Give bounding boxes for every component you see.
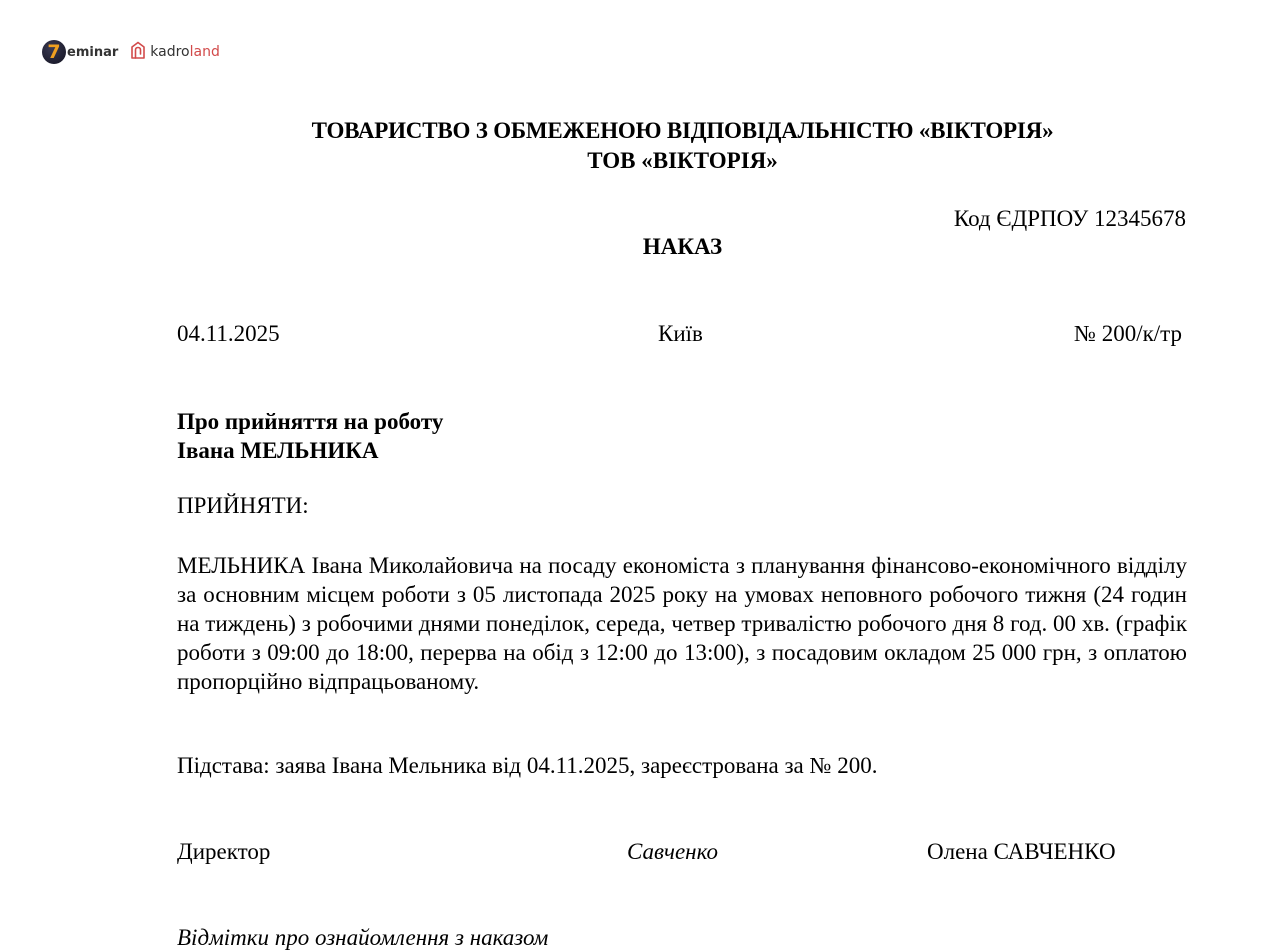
order-verb: ПРИЙНЯТИ: (177, 493, 309, 519)
signatory-signature: Савченко (627, 839, 718, 865)
organization-short-name: ТОВ «ВІКТОРІЯ» (0, 148, 1275, 174)
order-subject: Про прийняття на роботу Івана МЕЛЬНИКА (177, 407, 443, 465)
order-basis: Підстава: заява Івана Мельника від 04.11… (177, 753, 877, 779)
order-date: 04.11.2025 (177, 321, 280, 347)
order-number: № 200/к/тр (1074, 321, 1182, 347)
edrpou-code: Код ЄДРПОУ 12345678 (954, 206, 1186, 232)
signatory-name: Олена САВЧЕНКО (927, 839, 1116, 865)
order-city: Київ (658, 321, 703, 347)
organization-full-name: ТОВАРИСТВО З ОБМЕЖЕНОЮ ВІДПОВІДАЛЬНІСТЮ … (0, 118, 1275, 144)
order-body: МЕЛЬНИКА Івана Миколайовича на посаду ек… (177, 551, 1187, 696)
order-subject-line-1: Про прийняття на роботу (177, 407, 443, 436)
signatory-position: Директор (177, 839, 270, 865)
order-subject-line-2: Івана МЕЛЬНИКА (177, 436, 443, 465)
document-title: НАКАЗ (0, 234, 1275, 260)
document-page: ТОВАРИСТВО З ОБМЕЖЕНОЮ ВІДПОВІДАЛЬНІСТЮ … (0, 0, 1275, 952)
acknowledgement-label: Відмітки про ознайомлення з наказом (177, 925, 548, 951)
